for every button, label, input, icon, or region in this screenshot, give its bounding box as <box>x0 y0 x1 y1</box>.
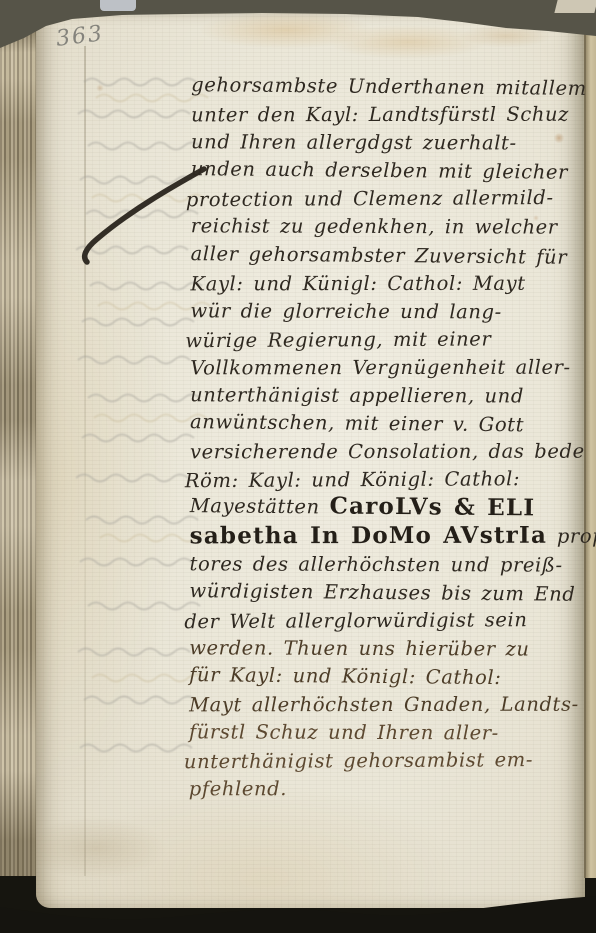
line-text: pfehlend. <box>189 778 287 801</box>
manuscript-line: der Welt allerglorwürdigist sein <box>184 605 582 636</box>
manuscript-line: reichist zu gedenkhen, in welcher <box>191 212 589 241</box>
line-text: protection und Clemenz allermild- <box>186 186 554 211</box>
manuscript-line: Kayl: und Künigl: Cathol: Mayt <box>191 268 589 297</box>
line-text: fürstl Schuz und Ihren aller- <box>189 720 499 744</box>
manuscript-line: wür die glorreiche und lang- <box>190 296 588 325</box>
line-text: unter den Kayl: Landtsfürstl Schuz <box>191 103 569 127</box>
manuscript-text-block: gehorsambste Underthanen mitallem unter … <box>189 71 590 803</box>
manuscript-line: pfehlend. <box>189 774 587 803</box>
line-latin-text: sabetha In DoMo AVstrIa <box>190 521 547 549</box>
manuscript-line: würige Regierung, mit einer <box>185 324 583 355</box>
torn-bottom-edge <box>0 873 596 933</box>
top-right-paper-fragment <box>554 0 596 13</box>
manuscript-line-chronogram: Mayestätten CaroLVs & ELI <box>190 491 588 523</box>
manuscript-line: anwüntschen, mit einer v. Gott <box>190 407 588 439</box>
manuscript-line: unterthänigist appellieren, und <box>190 380 588 409</box>
line-text: propaga- <box>547 524 596 547</box>
line-text: reichist zu gedenkhen, in welcher <box>191 215 558 239</box>
line-text: gehorsambste Underthanen mitallem <box>191 73 587 100</box>
line-text: versicherende Consolation, das bede <box>190 440 585 464</box>
manuscript-line: protection und Clemenz allermild- <box>186 183 584 214</box>
line-latin-text: CaroLVs & ELI <box>329 493 535 522</box>
manuscript-line: Vollkommenen Vergnügenheit aller- <box>190 353 588 382</box>
manuscript-line: werden. Thuen uns hierüber zu <box>189 633 587 662</box>
line-text: anwüntschen, mit einer v. Gott <box>190 410 524 436</box>
manuscript-line: unter den Kayl: Landtsfürstl Schuz <box>191 100 589 129</box>
manuscript-line: und Ihren allergdgst zuerhalt- <box>191 127 589 156</box>
manuscript-line: würdigisten Erzhauses bis zum End <box>189 576 587 608</box>
bookmark-tab <box>100 0 136 11</box>
manuscript-line: fürstl Schuz und Ihren aller- <box>189 717 587 746</box>
line-text: für Kayl: und Königl: Cathol: <box>189 663 501 689</box>
line-text: unden auch derselben mit gleicher <box>191 157 568 184</box>
line-text: unterthänigist appellieren, und <box>190 383 524 407</box>
line-text: tores des allerhöchsten und preiß- <box>190 552 563 576</box>
line-text: Mayestätten <box>190 494 330 518</box>
line-text: Röm: Kayl: und Königl: Cathol: <box>185 468 520 493</box>
manuscript-scan: 363 <box>0 0 596 933</box>
line-text: aller gehorsambster Zuversicht für <box>191 242 568 269</box>
manuscript-line: aller gehorsambster Zuversicht für <box>191 239 589 271</box>
manuscript-line: für Kayl: und Königl: Cathol: <box>189 660 587 692</box>
line-text: würdigisten Erzhauses bis zum End <box>189 579 575 606</box>
manuscript-line: versicherende Consolation, das bede <box>190 437 588 466</box>
line-text: und Ihren allergdgst zuerhalt- <box>191 130 517 154</box>
manuscript-line: unterthänigist gehorsambist em- <box>184 745 582 776</box>
line-text: werden. Thuen uns hierüber zu <box>189 636 529 660</box>
manuscript-line: gehorsambste Underthanen mitallem <box>191 70 589 102</box>
line-text: wür die glorreiche und lang- <box>190 299 502 323</box>
line-text: Kayl: und Künigl: Cathol: Mayt <box>191 271 526 295</box>
manuscript-line: unden auch derselben mit gleicher <box>191 154 589 186</box>
manuscript-line: Röm: Kayl: und Königl: Cathol: <box>185 464 583 495</box>
line-text: Vollkommenen Vergnügenheit aller- <box>190 356 571 380</box>
line-text: unterthänigist gehorsambist em- <box>184 748 533 773</box>
manuscript-line-chronogram: sabetha In DoMo AVstrIa propaga- <box>190 521 588 550</box>
line-text: der Welt allerglorwürdigist sein <box>184 608 527 633</box>
line-text: Mayt allerhöchsten Gnaden, Landts- <box>189 693 579 717</box>
manuscript-line: Mayt allerhöchsten Gnaden, Landts- <box>189 690 587 719</box>
line-text: würige Regierung, mit einer <box>185 327 491 352</box>
manuscript-line: tores des allerhöchsten und preiß- <box>190 549 588 578</box>
